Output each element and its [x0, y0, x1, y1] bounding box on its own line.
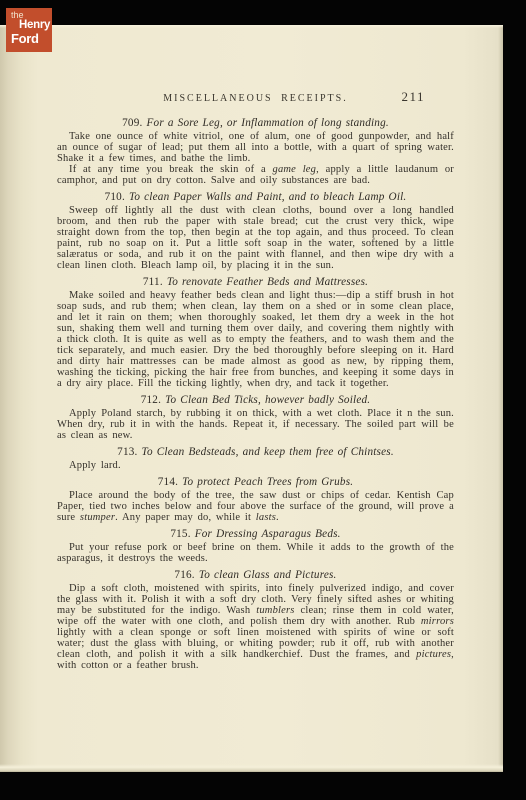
receipt-heading: 716. To clean Glass and Pictures. [57, 569, 454, 582]
receipt-710: 710. To clean Paper Walls and Paint, and… [57, 191, 454, 271]
receipt-paragraph: Take one ounce of white vitriol, one of … [57, 131, 454, 164]
receipt-paragraph: Put your refuse pork or beef brine on th… [57, 542, 454, 564]
logo-henry-label: Henry [19, 19, 50, 31]
receipt-713: 713. To Clean Bedsteads, and keep them f… [57, 446, 454, 471]
receipt-title: To clean Glass and Pictures. [199, 569, 337, 581]
logo-ford-label: Ford [11, 31, 39, 46]
page-top-edge [0, 25, 503, 28]
receipt-heading: 714. To protect Peach Trees from Grubs. [57, 476, 454, 489]
receipt-number: 709. [122, 117, 142, 129]
receipt-title: To protect Peach Trees from Grubs. [182, 476, 353, 488]
receipt-712: 712. To Clean Bed Ticks, however badly S… [57, 394, 454, 441]
receipt-number: 711. [143, 276, 163, 288]
receipt-paragraph: Apply Poland starch, by rubbing it on th… [57, 408, 454, 441]
receipt-number: 712. [141, 394, 161, 406]
page-number: 211 [401, 91, 425, 102]
running-title: MISCELLANEOUS RECEIPTS. [163, 93, 347, 104]
receipt-heading: 712. To Clean Bed Ticks, however badly S… [57, 394, 454, 407]
receipt-paragraph: Make soiled and heavy feather beds clean… [57, 290, 454, 389]
receipt-number: 714. [158, 476, 178, 488]
receipt-paragraph: If at any time you break the skin of a g… [57, 164, 454, 186]
receipt-title: To renovate Feather Beds and Mattresses. [167, 276, 368, 288]
receipt-paragraph: Apply lard. [57, 460, 454, 471]
receipt-title: For a Sore Leg, or Inflammation of long … [147, 117, 389, 129]
page-header: MISCELLANEOUS RECEIPTS. 211 [57, 93, 454, 106]
henry-ford-logo: the Henry Ford [6, 8, 52, 52]
receipt-title: To Clean Bed Ticks, however badly Soiled… [165, 394, 370, 406]
receipt-heading: 709. For a Sore Leg, or Inflammation of … [57, 117, 454, 130]
receipt-714: 714. To protect Peach Trees from Grubs. … [57, 476, 454, 523]
receipt-711: 711. To renovate Feather Beds and Mattre… [57, 276, 454, 389]
receipt-heading: 710. To clean Paper Walls and Paint, and… [57, 191, 454, 204]
receipt-title: For Dressing Asparagus Beds. [195, 528, 341, 540]
receipt-title: To Clean Bedsteads, and keep them free o… [142, 446, 394, 458]
page-content: MISCELLANEOUS RECEIPTS. 211 709. For a S… [57, 93, 454, 671]
receipt-paragraph: Dip a soft cloth, moistened with spirits… [57, 583, 454, 671]
receipt-heading: 713. To Clean Bedsteads, and keep them f… [57, 446, 454, 459]
receipt-716: 716. To clean Glass and Pictures. Dip a … [57, 569, 454, 671]
receipt-title: To clean Paper Walls and Paint, and to b… [129, 191, 406, 203]
receipt-paragraph: Place around the body of the tree, the s… [57, 490, 454, 523]
receipt-709: 709. For a Sore Leg, or Inflammation of … [57, 117, 454, 186]
receipt-715: 715. For Dressing Asparagus Beds. Put yo… [57, 528, 454, 564]
receipt-paragraph: Sweep off lightly all the dust with clea… [57, 205, 454, 271]
book-page: MISCELLANEOUS RECEIPTS. 211 709. For a S… [0, 25, 503, 772]
page-bottom-edge [0, 764, 503, 772]
receipt-heading: 715. For Dressing Asparagus Beds. [57, 528, 454, 541]
receipt-number: 716. [174, 569, 194, 581]
receipt-number: 715. [170, 528, 190, 540]
receipt-heading: 711. To renovate Feather Beds and Mattre… [57, 276, 454, 289]
receipt-number: 713. [117, 446, 137, 458]
receipt-number: 710. [105, 191, 125, 203]
